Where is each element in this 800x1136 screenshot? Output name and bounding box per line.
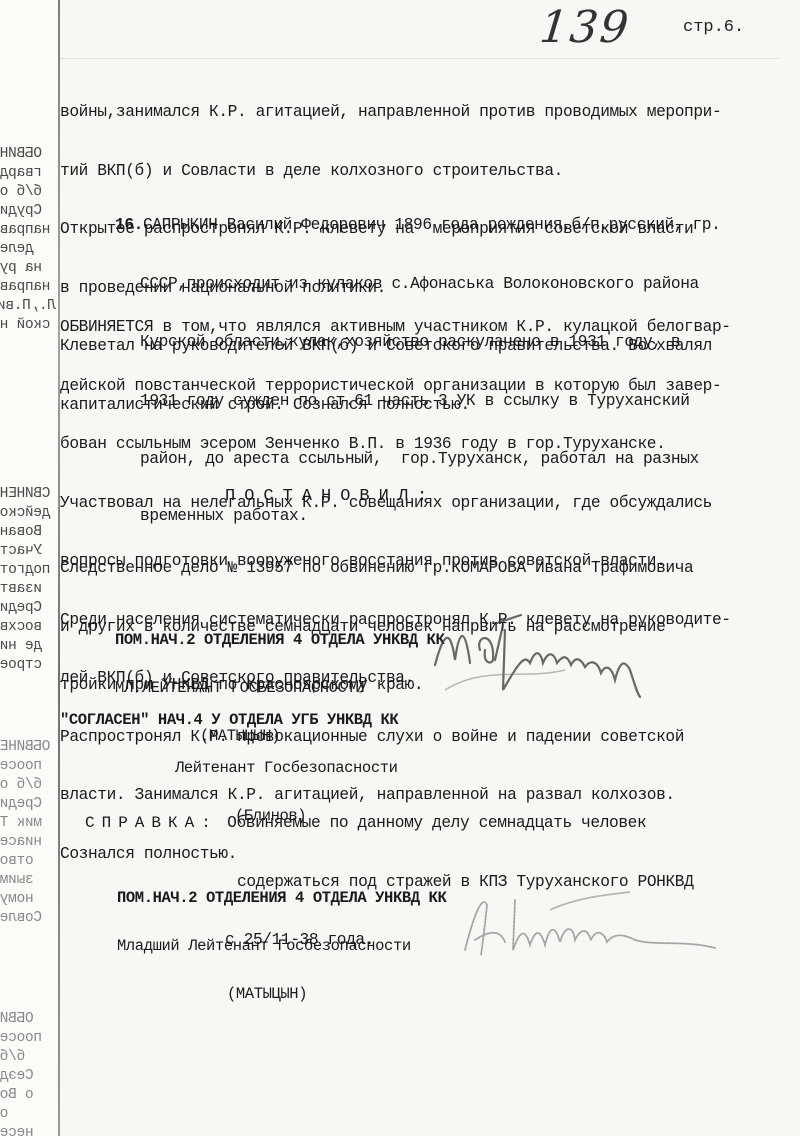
text-line: бован ссыльным эсером Зенченко В.П. в 19… bbox=[60, 435, 731, 455]
handwritten-signature-2 bbox=[455, 870, 755, 965]
mirrored-text-line: СВИНЕН bbox=[0, 485, 56, 504]
mirrored-text-line: ОБВИН bbox=[0, 145, 56, 164]
handwritten-signature-1 bbox=[425, 605, 685, 700]
mirrored-text-line: Среди bbox=[0, 599, 56, 618]
mirrored-text-line: мик Т bbox=[0, 814, 56, 833]
mirrored-text-block: ОБВИНгвардб/б оСрудинаправделена рунапра… bbox=[0, 145, 56, 335]
mirrored-text-line: поосе bbox=[0, 757, 56, 776]
text-line: Обвиняемые по данному делу семнадцать че… bbox=[227, 814, 646, 832]
mirrored-text-line: на ру bbox=[0, 259, 56, 278]
document-page: ОБВИНгвардб/б оСрудинаправделена рунапра… bbox=[0, 0, 800, 1136]
mirrored-text-line: гвард bbox=[0, 164, 56, 183]
mirrored-text-line: о Во bbox=[0, 1086, 56, 1105]
mirrored-text-line: поосе bbox=[0, 1029, 56, 1048]
archive-folio-number: 139 bbox=[537, 2, 632, 53]
approval-stamp-text: "СОГЛАСЕН" bbox=[60, 711, 149, 729]
mirrored-text-line: строе bbox=[0, 656, 56, 675]
text-line: дейской повстанческой террористической о… bbox=[60, 377, 731, 397]
mirrored-text-line: ниасе bbox=[0, 833, 56, 852]
certificate-label: СПРАВКА: bbox=[85, 814, 218, 832]
item-number: 16. bbox=[115, 216, 143, 234]
officer-title: ПОМ.НАЧ.2 ОТДЕЛЕНИЯ 4 ОТДЕЛА УНКВД КК bbox=[117, 890, 446, 906]
officer-title: ПОМ.НАЧ.2 ОТДЕЛЕНИЯ 4 ОТДЕЛА УНКВД КК bbox=[115, 632, 444, 648]
mirrored-text-line: о bbox=[0, 1105, 56, 1124]
mirrored-text-line: Сруди bbox=[0, 202, 56, 221]
mirrored-text-line: несе bbox=[0, 1124, 56, 1136]
resolution-heading: ПОСТАНОВИЛ: bbox=[225, 487, 436, 507]
officer-rank: Лейтенант Госбезопасности bbox=[60, 760, 398, 776]
mirrored-text-block: СВИНЕНдейскоВованУчастподготизавтСредиво… bbox=[0, 485, 56, 675]
mirrored-text-line: б/б о bbox=[0, 183, 56, 202]
officer-rank: Младший Лейтенант Госбезопасности bbox=[117, 938, 446, 954]
mirrored-text-line: направ bbox=[0, 278, 56, 297]
signature-block-3: ПОМ.НАЧ.2 ОТДЕЛЕНИЯ 4 ОТДЕЛА УНКВД КК Мл… bbox=[117, 858, 446, 1034]
left-margin-bleedthrough: ОБВИНгвардб/б оСрудинаправделена рунапра… bbox=[0, 0, 58, 1136]
mirrored-text-line: направ bbox=[0, 221, 56, 240]
text-line: Следственное дело № 13957 по обвинению г… bbox=[60, 559, 693, 579]
mirrored-text-line: ОБВИНЕ bbox=[0, 738, 56, 757]
mirrored-text-line: Сеэд bbox=[0, 1067, 56, 1086]
officer-name: (МАТЫЦЫН) bbox=[117, 986, 446, 1002]
text-line: ОБВИНЯЕТСЯ в том,что являлся активным уч… bbox=[60, 318, 731, 338]
text-line: САПРЫКИН Василий Федорович 1896 года рож… bbox=[143, 216, 720, 234]
mirrored-text-line: ному bbox=[0, 890, 56, 909]
mirrored-text-line: деле bbox=[0, 240, 56, 259]
mirrored-text-line: ОБВИ bbox=[0, 1010, 56, 1029]
officer-title: НАЧ.4 У ОТДЕЛА УГБ УНКВД КК bbox=[158, 711, 398, 729]
mirrored-text-line: Л.,П.ви bbox=[0, 297, 56, 316]
mirrored-text-line: отво bbox=[0, 852, 56, 871]
mirrored-text-line: б/б bbox=[0, 1048, 56, 1067]
text-line: войны,занимался К.Р. агитацией, направле… bbox=[60, 103, 721, 123]
mirrored-text-line: Среди bbox=[0, 795, 56, 814]
mirrored-text-line: б/б о bbox=[0, 776, 56, 795]
mirrored-text-line: Совле bbox=[0, 909, 56, 928]
mirrored-text-line: Участ bbox=[0, 542, 56, 561]
mirrored-text-line: ской н bbox=[0, 316, 56, 335]
mirrored-text-line: восхв bbox=[0, 618, 56, 637]
mirrored-text-line: изавт bbox=[0, 580, 56, 599]
mirrored-text-block: ОБВИпоосеб/бСеэдо Воонесе bbox=[0, 1010, 56, 1136]
page-number: стр.6. bbox=[683, 18, 744, 37]
mirrored-text-line: зыим bbox=[0, 871, 56, 890]
mirrored-text-block: ОБВИНЕпоосеб/б оСредимик Тниасеотвозыимн… bbox=[0, 738, 56, 928]
mirrored-text-line: дейско bbox=[0, 504, 56, 523]
mirrored-text-line: подгот bbox=[0, 561, 56, 580]
mirrored-text-line: Вован bbox=[0, 523, 56, 542]
mirrored-text-line: де ни bbox=[0, 637, 56, 656]
